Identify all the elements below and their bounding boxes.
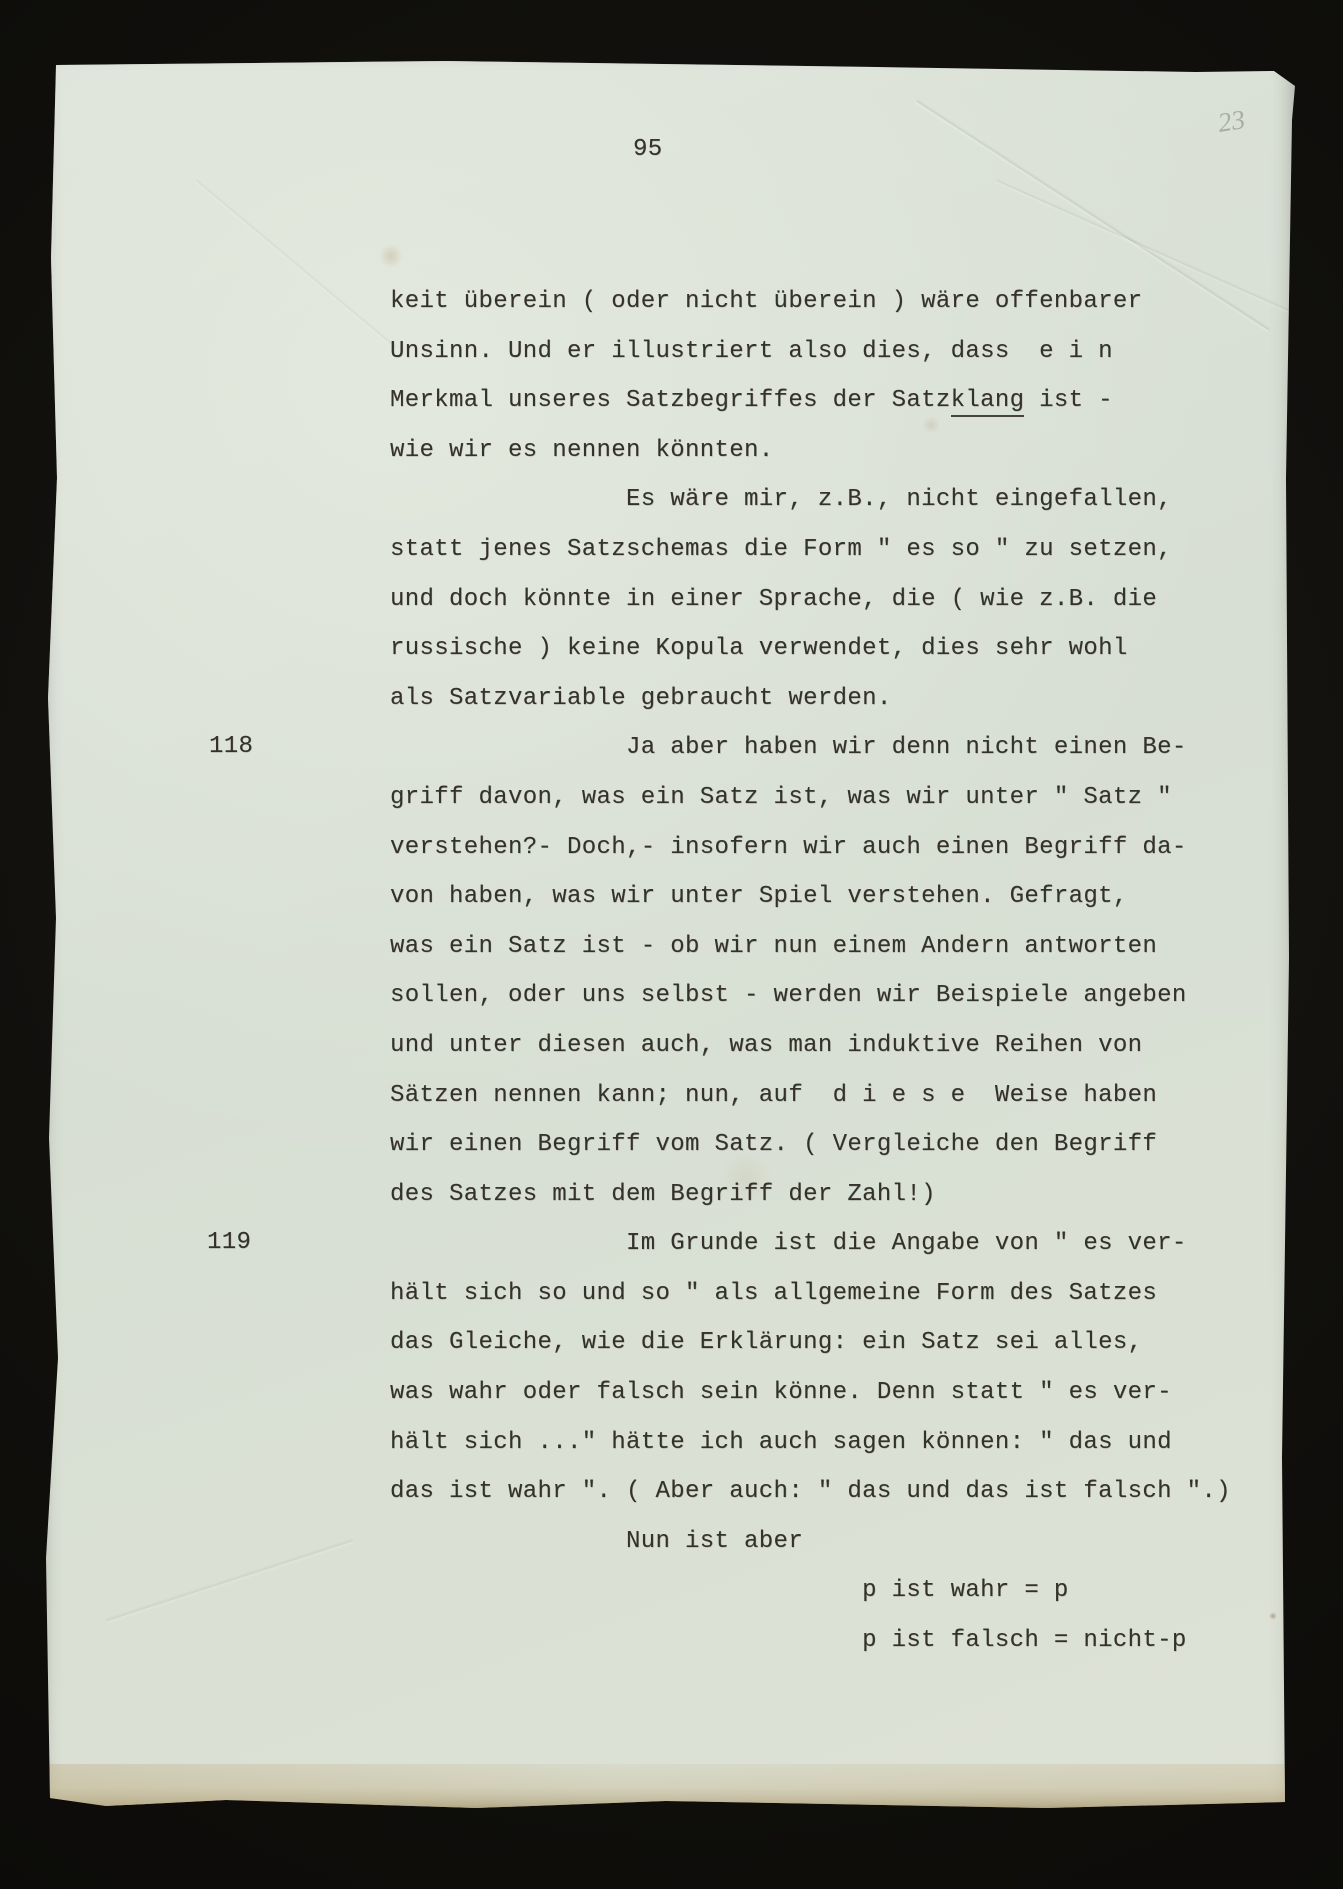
text-line: russische ) keine Kopula verwendet, dies… [390,624,1231,674]
text-line: hält sich ..." hätte ich auch sagen könn… [390,1418,1231,1468]
margin-remark-number-118: 118 [209,722,253,772]
text-line: sollen, oder uns selbst - werden wir Bei… [390,971,1231,1021]
text-line: was wahr oder falsch sein könne. Denn st… [390,1368,1231,1418]
text-line: des Satzes mit dem Begriff der Zahl!) [390,1170,1231,1220]
paper-crease [105,1538,354,1625]
text-line: verstehen?- Doch,- insofern wir auch ein… [390,823,1231,873]
typed-lines: keit überein ( oder nicht überein ) wäre… [390,277,1231,1666]
text-line: Im Grunde ist die Angabe von " es ver- [390,1219,1231,1269]
text-line: Es wäre mir, z.B., nicht eingefallen, [390,475,1231,525]
page-number: 95 [633,136,663,163]
text-line: keit überein ( oder nicht überein ) wäre… [390,277,1231,327]
text-line: statt jenes Satzschemas die Form " es so… [390,525,1231,575]
text-line: p ist falsch = nicht-p [390,1616,1231,1666]
text-line: als Satzvariable gebraucht werden. [390,674,1231,724]
text-line: Ja aber haben wir denn nicht einen Be- [390,723,1231,773]
text-line: und unter diesen auch, was man induktive… [390,1021,1231,1071]
text-line: das Gleiche, wie die Erklärung: ein Satz… [390,1318,1231,1368]
text-line: Sätzen nennen kann; nun, auf d i e s e W… [390,1071,1231,1121]
text-line: das ist wahr ". ( Aber auch: " das und d… [390,1467,1231,1517]
text-line: von haben, was wir unter Spiel verstehen… [390,872,1231,922]
text-line: griff davon, was ein Satz ist, was wir u… [390,773,1231,823]
paper-crease [194,179,397,351]
text-line: wie wir es nennen könnten. [390,426,1231,476]
text-line: Unsinn. Und er illustriert also dies, da… [390,327,1231,377]
margin-remark-number-119: 119 [207,1218,251,1268]
text-line: Merkmal unseres Satzbegriffes der Satzkl… [390,376,1231,426]
text-line: Nun ist aber [390,1517,1231,1567]
text-line: und doch könnte in einer Sprache, die ( … [390,575,1231,625]
text-line: p ist wahr = p [390,1566,1231,1616]
pencil-annotation: 23 [1216,104,1248,139]
scan-background: 95 118 119 keit überein ( oder nicht übe… [0,0,1343,1889]
text-line: hält sich so und so " als allgemeine For… [390,1269,1231,1319]
text-line: was ein Satz ist - ob wir nun einem Ande… [390,922,1231,972]
text-line: wir einen Begriff vom Satz. ( Vergleiche… [390,1120,1231,1170]
